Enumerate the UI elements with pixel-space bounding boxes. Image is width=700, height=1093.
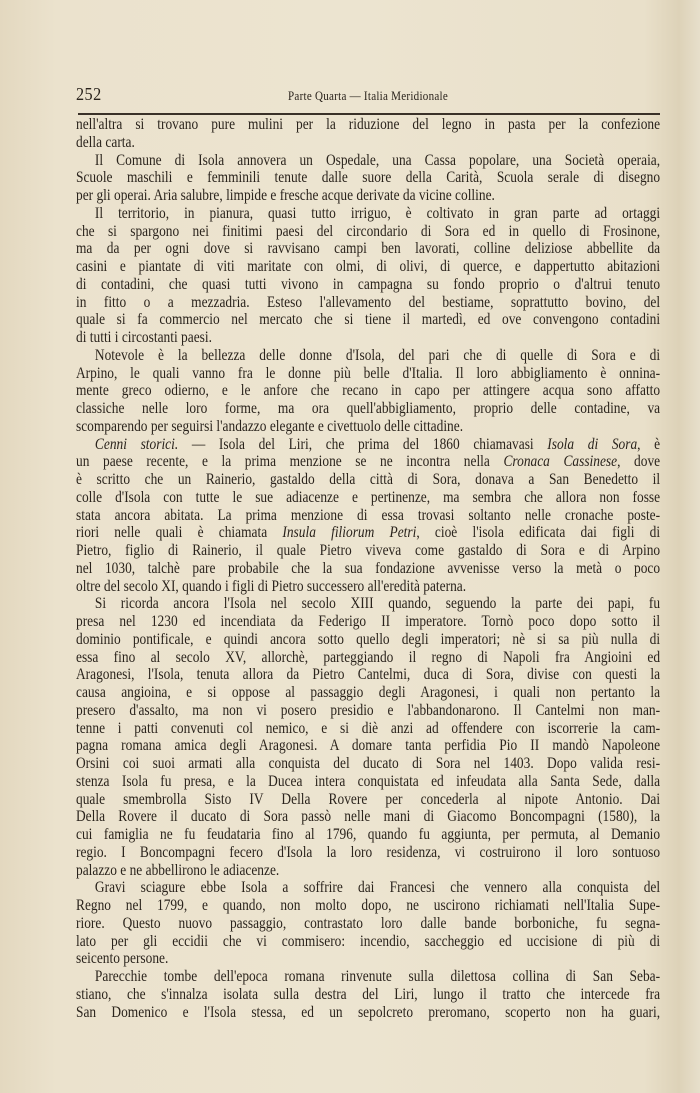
text-line: riori nelle quali è chiamata Insula fili… (76, 524, 660, 542)
text-line: è scritto che un Rainerio, gastaldo dell… (76, 471, 660, 489)
page-header: 252 Parte Quarta — Italia Meridionale (76, 84, 660, 108)
text-line: tenne i patti convenuti col nemico, e si… (76, 720, 660, 738)
text-line: Gravi sciagure ebbe Isola a soffrire dai… (76, 879, 660, 897)
text-line: Il Comune di Isola annovera un Ospedale,… (76, 152, 660, 170)
paragraph: Notevole è la bellezza delle donne d'Iso… (76, 347, 660, 436)
text-line: palazzo e ne abbellirono le adiacenze. (76, 862, 660, 880)
text-line: presa nel 1230 ed incendiata da Federigo… (76, 613, 660, 631)
text-line: nell'altra si trovano pure mulini per la… (76, 116, 660, 134)
paragraph: Si ricorda ancora l'Isola nel secolo XII… (76, 595, 660, 879)
text-line: Cenni storici. — Isola del Liri, che pri… (76, 436, 660, 454)
text-line: presero d'assalto, ma non vi posero pres… (76, 702, 660, 720)
text-line: seicento persone. (76, 950, 660, 968)
text-line: Pietro, figlio di Rainerio, il quale Pie… (76, 542, 660, 560)
text-line: riore. Questo nuovo passaggio, contrasta… (76, 915, 660, 933)
paragraph: Cenni storici. — Isola del Liri, che pri… (76, 436, 660, 596)
text-line: Notevole è la bellezza delle donne d'Iso… (76, 347, 660, 365)
text-line: Arpino, le quali vanno fra le donne più … (76, 365, 660, 383)
text-line: Parecchie tombe dell'epoca romana rinven… (76, 968, 660, 986)
paragraph: Il Comune di Isola annovera un Ospedale,… (76, 152, 660, 205)
text-line: classiche nelle loro forme, ma ora quell… (76, 400, 660, 418)
paragraph: Il territorio, in pianura, quasi tutto i… (76, 205, 660, 347)
text-line: di contadini, che quasi tutti vivono in … (76, 276, 660, 294)
body-text: nell'altra si trovano pure mulini per la… (76, 116, 660, 1021)
text-line: mente greco odierno, e le anfore che rec… (76, 382, 660, 400)
text-line: oltre del secolo XI, quando i figli di P… (76, 578, 660, 596)
text-line: quale smembrolla Sisto IV Della Rovere p… (76, 791, 660, 809)
text-line: dominio pontificale, e quindi ancora sot… (76, 631, 660, 649)
text-line: stenza Isola fu presa, e la Ducea intera… (76, 773, 660, 791)
text-line: Aragonesi, l'Isola, tenuta allora da Pie… (76, 666, 660, 684)
text-line: in fitto o a mezzadria. Esteso l'allevam… (76, 294, 660, 312)
text-line: cui famiglia ne fu feudataria fino al 17… (76, 826, 660, 844)
text-line: della carta. (76, 134, 660, 152)
text-line: lato per gli eccidii che vi commisero: i… (76, 933, 660, 951)
paragraph: nell'altra si trovano pure mulini per la… (76, 116, 660, 152)
text-line: pagna romana amica degli Aragonesi. A do… (76, 737, 660, 755)
paragraph: Parecchie tombe dell'epoca romana rinven… (76, 968, 660, 1021)
text-line: casini e piantate di viti maritate con o… (76, 258, 660, 276)
text-line: di tutti i circostanti paesi. (76, 329, 660, 347)
text-line: Scuole maschili e femminili tenute dalle… (76, 169, 660, 187)
text-line: Della Rovere il ducato di Sora passò nel… (76, 808, 660, 826)
text-line: ma da per ogni dove si ravvisano campi b… (76, 240, 660, 258)
text-line: nel 1030, talchè pare probabile che la s… (76, 560, 660, 578)
text-line: Regno nel 1799, e quando, non molto dopo… (76, 897, 660, 915)
text-line: regio. I Boncompagni fecero d'Isola la l… (76, 844, 660, 862)
text-line: Il territorio, in pianura, quasi tutto i… (76, 205, 660, 223)
text-line: causa angioina, e si oppose al passaggio… (76, 684, 660, 702)
text-line: scomparendo per seguirsi l'andazzo elega… (76, 418, 660, 436)
paragraph: Gravi sciagure ebbe Isola a soffrire dai… (76, 879, 660, 968)
text-line: colle d'Isola con tutte le sue adiacenze… (76, 489, 660, 507)
text-line: essa fino al secolo XV, allorchè, parteg… (76, 649, 660, 667)
text-line: San Domenico e l'Isola stessa, ed un sep… (76, 1004, 660, 1022)
header-rule (78, 113, 660, 115)
text-line: che si spargono nei finitimi paesi del c… (76, 223, 660, 241)
text-line: per gli operai. Aria salubre, limpide e … (76, 187, 660, 205)
text-line: stata ancora abitata. La prima menzione … (76, 507, 660, 525)
text-line: quale si fa commercio nel mercato che si… (76, 311, 660, 329)
text-line: Orsini coi suoi armati alla conquista de… (76, 755, 660, 773)
running-title: Parte Quarta — Italia Meridionale (120, 88, 616, 104)
text-line: stiano, che s'innalza isolata sulla dest… (76, 986, 660, 1004)
text-line: Si ricorda ancora l'Isola nel secolo XII… (76, 595, 660, 613)
page-number: 252 (76, 84, 102, 105)
text-line: un paese recente, e la prima menzione se… (76, 453, 660, 471)
